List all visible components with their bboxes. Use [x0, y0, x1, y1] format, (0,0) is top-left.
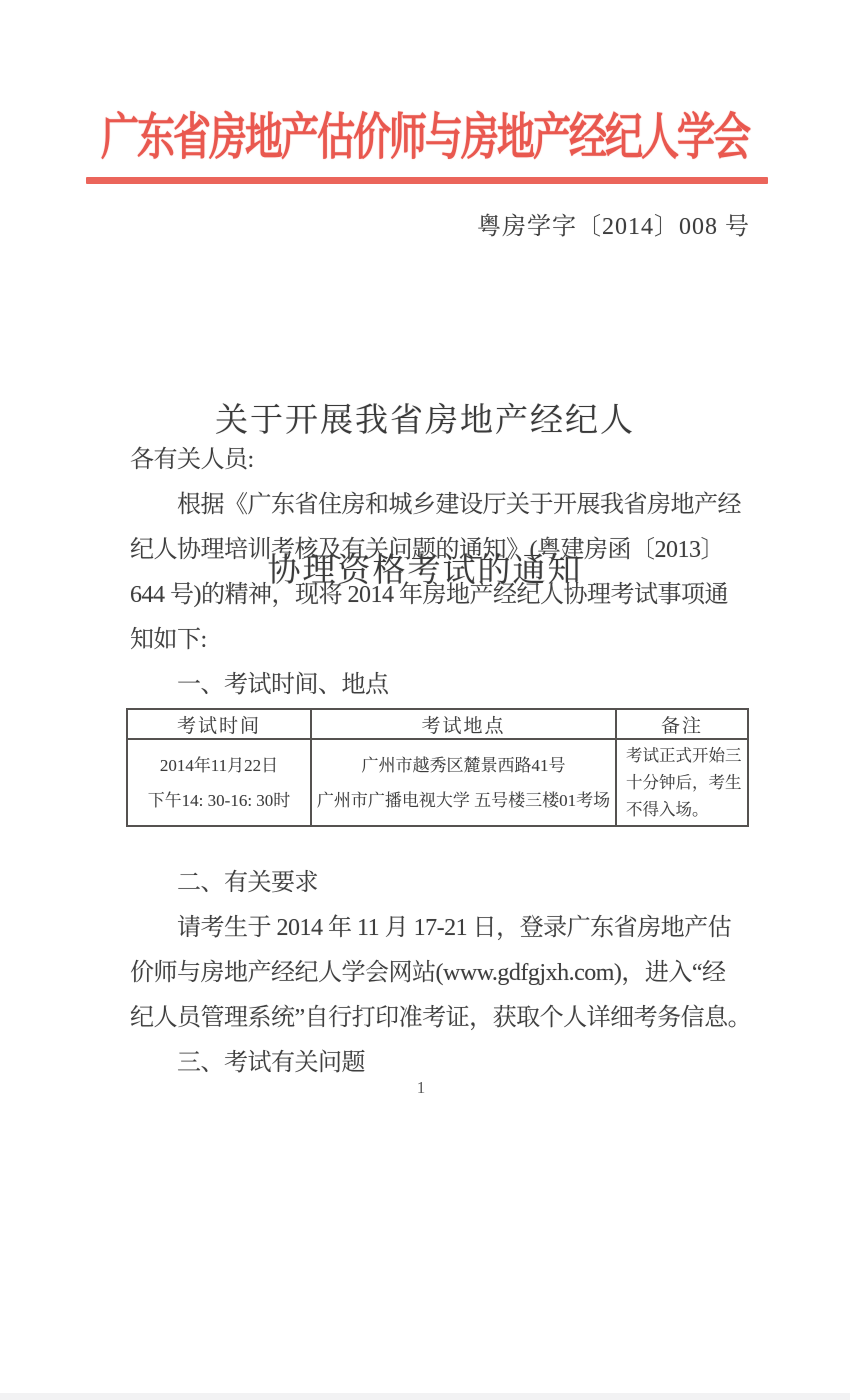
exam-date: 2014年11月22日 — [128, 748, 310, 783]
exam-hours: 下午14: 30-16: 30时 — [128, 783, 310, 818]
table-header-row: 考试时间 考试地点 备注 — [127, 709, 748, 739]
section2-heading: 二、有关要求 — [130, 861, 750, 906]
salutation: 各有关人员: — [130, 438, 750, 483]
body-line: 644 号)的精神，现将 2014 年房地产经纪人协理考试事项通 — [130, 573, 750, 618]
table-header-exam-time: 考试时间 — [127, 709, 311, 739]
table-header-exam-location: 考试地点 — [311, 709, 616, 739]
org-name-title: 广东省房地产估价师与房地产经纪人学会 — [0, 96, 850, 169]
remark-line: 十分钟后，考生 — [626, 769, 741, 796]
exam-location-cell: 广州市越秀区麓景西路41号 广州市广播电视大学 五号楼三楼01考场 — [311, 739, 616, 826]
body-line: 知如下: — [130, 618, 750, 663]
notice-body: 各有关人员: 根据《广东省住房和城乡建设厅关于开展我省房地产经 纪人协理培训考核… — [130, 438, 750, 1086]
exam-venue: 广州市广播电视大学 五号楼三楼01考场 — [312, 783, 615, 818]
doc-number: 粤房学字〔2014〕008 号 — [0, 206, 750, 241]
page-number: 1 — [0, 1078, 846, 1098]
header-divider — [86, 177, 768, 184]
table-row: 2014年11月22日 下午14: 30-16: 30时 广州市越秀区麓景西路4… — [127, 739, 748, 826]
body-line: 请考生于 2014 年 11 月 17-21 日，登录广东省房地产估 — [130, 906, 750, 951]
scan-bottom-edge — [0, 1393, 850, 1400]
body-line: 纪人员管理系统”自行打印准考证，获取个人详细考务信息。 — [130, 996, 750, 1041]
remarks-cell: 考试正式开始三 十分钟后，考生 不得入场。 — [616, 739, 748, 826]
document-page: 广东省房地产估价师与房地产经纪人学会 粤房学字〔2014〕008 号 关于开展我… — [0, 0, 850, 1400]
exam-schedule-table: 考试时间 考试地点 备注 2014年11月22日 下午14: 30-16: 30… — [126, 708, 749, 827]
body-line: 纪人协理培训考核及有关问题的通知》(粤建房函〔2013〕 — [130, 528, 750, 573]
section1-heading: 一、考试时间、地点 — [130, 663, 750, 708]
exam-address: 广州市越秀区麓景西路41号 — [312, 748, 615, 783]
body-line: 价师与房地产经纪人学会网站(www.gdfgjxh.com)，进入“经 — [130, 951, 750, 996]
table-header-remarks: 备注 — [616, 709, 748, 739]
body-line: 根据《广东省住房和城乡建设厅关于开展我省房地产经 — [130, 483, 750, 528]
remark-line: 不得入场。 — [626, 796, 741, 823]
remark-line: 考试正式开始三 — [626, 742, 741, 769]
exam-time-cell: 2014年11月22日 下午14: 30-16: 30时 — [127, 739, 311, 826]
